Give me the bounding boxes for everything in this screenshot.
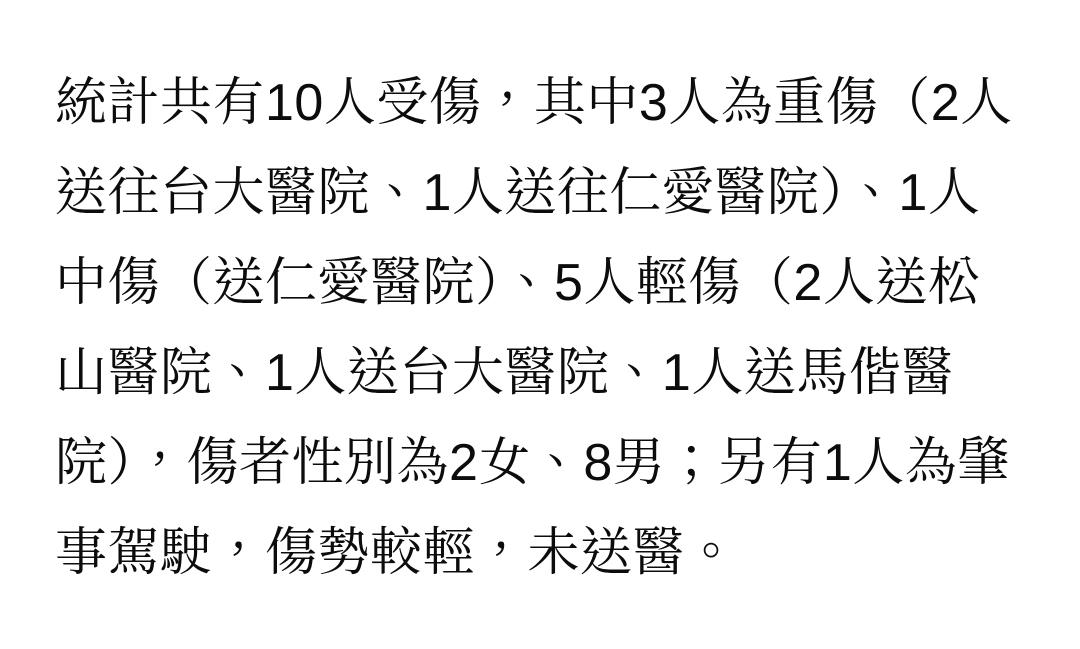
paragraph-line: 送往台大醫院、1人送往仁愛醫院）、1人 [55,148,1032,238]
paragraph-line: 事駕駛，傷勢較輕，未送醫。 [55,508,1032,598]
paragraph-line: 中傷（送仁愛醫院）、5人輕傷（2人送松 [55,238,1032,328]
paragraph-line: 院），傷者性別為2女、8男；另有1人為肇 [55,418,1032,508]
article-text-block: 統計共有10人受傷，其中3人為重傷（2人 送往台大醫院、1人送往仁愛醫院）、1人… [0,0,1080,649]
paragraph-line: 統計共有10人受傷，其中3人為重傷（2人 [55,58,1032,148]
paragraph-line: 山醫院、1人送台大醫院、1人送馬偕醫 [55,328,1032,418]
